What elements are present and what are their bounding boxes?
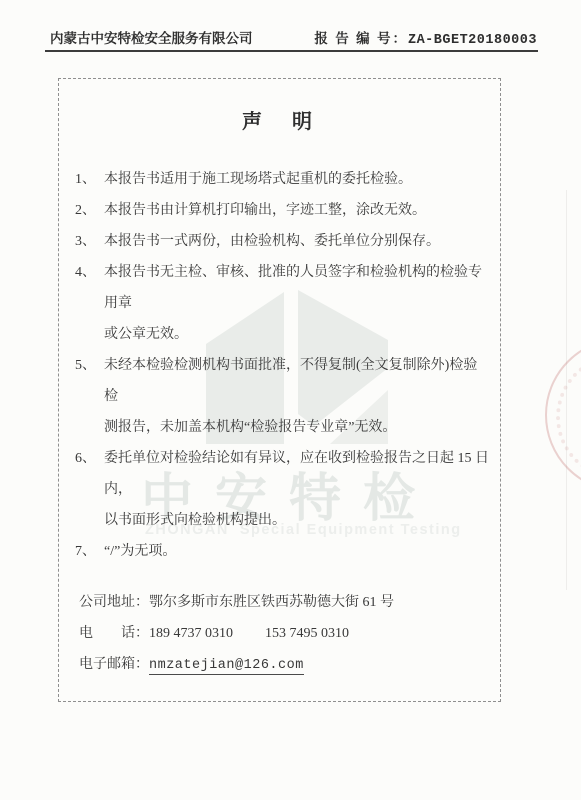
phone-label: 电 话： xyxy=(79,626,149,641)
item-text: 本报告书一式两份，由检验机构、委托单位分别保存。 xyxy=(104,226,490,257)
notice-item-5: 5、 未经本检验检测机构书面批准，不得复制(全文复制除外)检验检 测报告，未加盖… xyxy=(75,350,490,443)
declaration-border-box: 声 明 1、 本报告书适用于施工现场塔式起重机的委托检验。 2、 本报告书由计算… xyxy=(58,78,501,702)
report-number-group: 报 告 编 号：ZA-BGET20180003 xyxy=(314,27,537,48)
notice-item-6: 6、 委托单位对检验结论如有异议，应在收到检验报告之日起 15 日内， 以书面形… xyxy=(75,443,490,536)
contact-phone-line: 电 话：189 4737 0310153 7495 0310 xyxy=(79,618,490,649)
item-number: 3、 xyxy=(75,226,96,257)
item-number: 4、 xyxy=(75,257,96,288)
item-text: “/”为无项。 xyxy=(104,536,490,567)
phone-value-2: 153 7495 0310 xyxy=(265,626,349,641)
notice-item-7: 7、 “/”为无项。 xyxy=(75,536,490,567)
notice-list: 1、 本报告书适用于施工现场塔式起重机的委托检验。 2、 本报告书由计算机打印输… xyxy=(75,164,490,567)
item-number: 1、 xyxy=(75,164,96,195)
document-page: 内蒙古中安特检安全服务有限公司 报 告 编 号：ZA-BGET20180003 … xyxy=(0,0,581,800)
report-number-label: 报 告 编 号： xyxy=(314,31,408,46)
email-label: 电子邮箱： xyxy=(79,657,149,672)
item-text: 本报告书由计算机打印输出，字迹工整，涂改无效。 xyxy=(104,195,490,226)
item-text: 或公章无效。 xyxy=(104,319,490,350)
item-text: 本报告书适用于施工现场塔式起重机的委托检验。 xyxy=(104,164,490,195)
address-value: 鄂尔多斯市东胜区铁西苏勒德大街 61 号 xyxy=(149,595,394,610)
notice-item-2: 2、 本报告书由计算机打印输出，字迹工整，涂改无效。 xyxy=(75,195,490,226)
address-label: 公司地址： xyxy=(79,595,149,610)
notice-item-3: 3、 本报告书一式两份，由检验机构、委托单位分别保存。 xyxy=(75,226,490,257)
scan-artifact-line xyxy=(566,190,567,590)
report-number: ZA-BGET20180003 xyxy=(408,33,537,48)
notice-item-4: 4、 本报告书无主检、审核、批准的人员签字和检验机构的检验专用章 或公章无效。 xyxy=(75,257,490,350)
page-title: 声 明 xyxy=(59,105,500,134)
item-number: 5、 xyxy=(75,350,96,381)
contact-address-line: 公司地址：鄂尔多斯市东胜区铁西苏勒德大街 61 号 xyxy=(79,587,490,618)
company-name: 内蒙古中安特检安全服务有限公司 xyxy=(50,27,253,47)
item-number: 7、 xyxy=(75,536,96,567)
phone-value-1: 189 4737 0310 xyxy=(149,626,233,641)
notice-item-1: 1、 本报告书适用于施工现场塔式起重机的委托检验。 xyxy=(75,164,490,195)
item-number: 2、 xyxy=(75,195,96,226)
item-text: 测报告，未加盖本机构“检验报告专业章”无效。 xyxy=(104,412,490,443)
item-number: 6、 xyxy=(75,443,96,474)
item-text: 以书面形式向检验机构提出。 xyxy=(104,505,490,536)
item-text: 未经本检验检测机构书面批准，不得复制(全文复制除外)检验检 xyxy=(104,350,490,412)
item-text: 委托单位对检验结论如有异议，应在收到检验报告之日起 15 日内， xyxy=(104,443,490,505)
header-divider xyxy=(45,50,538,52)
contact-email-line: 电子邮箱：nmzatejian@126.com xyxy=(79,649,490,681)
email-value: nmzatejian@126.com xyxy=(149,658,304,675)
report-header: 内蒙古中安特检安全服务有限公司 报 告 编 号：ZA-BGET20180003 xyxy=(50,27,537,48)
contact-block: 公司地址：鄂尔多斯市东胜区铁西苏勒德大街 61 号 电 话：189 4737 0… xyxy=(79,587,490,681)
item-text: 本报告书无主检、审核、批准的人员签字和检验机构的检验专用章 xyxy=(104,257,490,319)
